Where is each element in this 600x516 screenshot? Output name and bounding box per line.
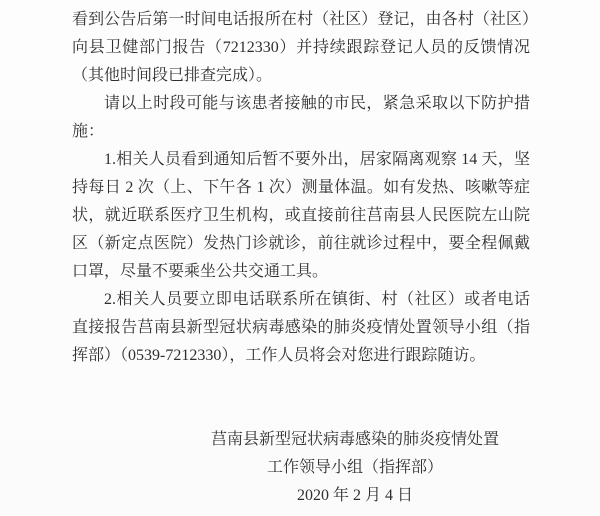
body-paragraph-measures-intro: 请以上时段可能与该患者接触的市民，紧急采取以下防护措施： <box>72 90 530 146</box>
body-paragraph-measure-1: 1.相关人员看到通知后暂不要外出，居家隔离观察 14 天，坚持每日 2 次（上、… <box>72 146 530 286</box>
signature-org-line2: 工作领导小组（指挥部） <box>180 454 530 482</box>
body-paragraph-continuation: 看到公告后第一时间电话报所在村（社区）登记，由各村（社区）向县卫健部门报告（72… <box>72 6 530 90</box>
scanned-notice-page: 看到公告后第一时间电话报所在村（社区）登记，由各村（社区）向县卫健部门报告（72… <box>0 0 600 516</box>
signature-date: 2020 年 2 月 4 日 <box>180 482 530 510</box>
body-paragraph-measure-2: 2.相关人员要立即电话联系所在镇街、村（社区）或者电话直接报告莒南县新型冠状病毒… <box>72 286 530 370</box>
signature-block: 莒南县新型冠状病毒感染的肺炎疫情处置 工作领导小组（指挥部） 2020 年 2 … <box>180 426 530 510</box>
signature-org-line1: 莒南县新型冠状病毒感染的肺炎疫情处置 <box>180 426 530 454</box>
notice-body: 看到公告后第一时间电话报所在村（社区）登记，由各村（社区）向县卫健部门报告（72… <box>72 6 530 370</box>
